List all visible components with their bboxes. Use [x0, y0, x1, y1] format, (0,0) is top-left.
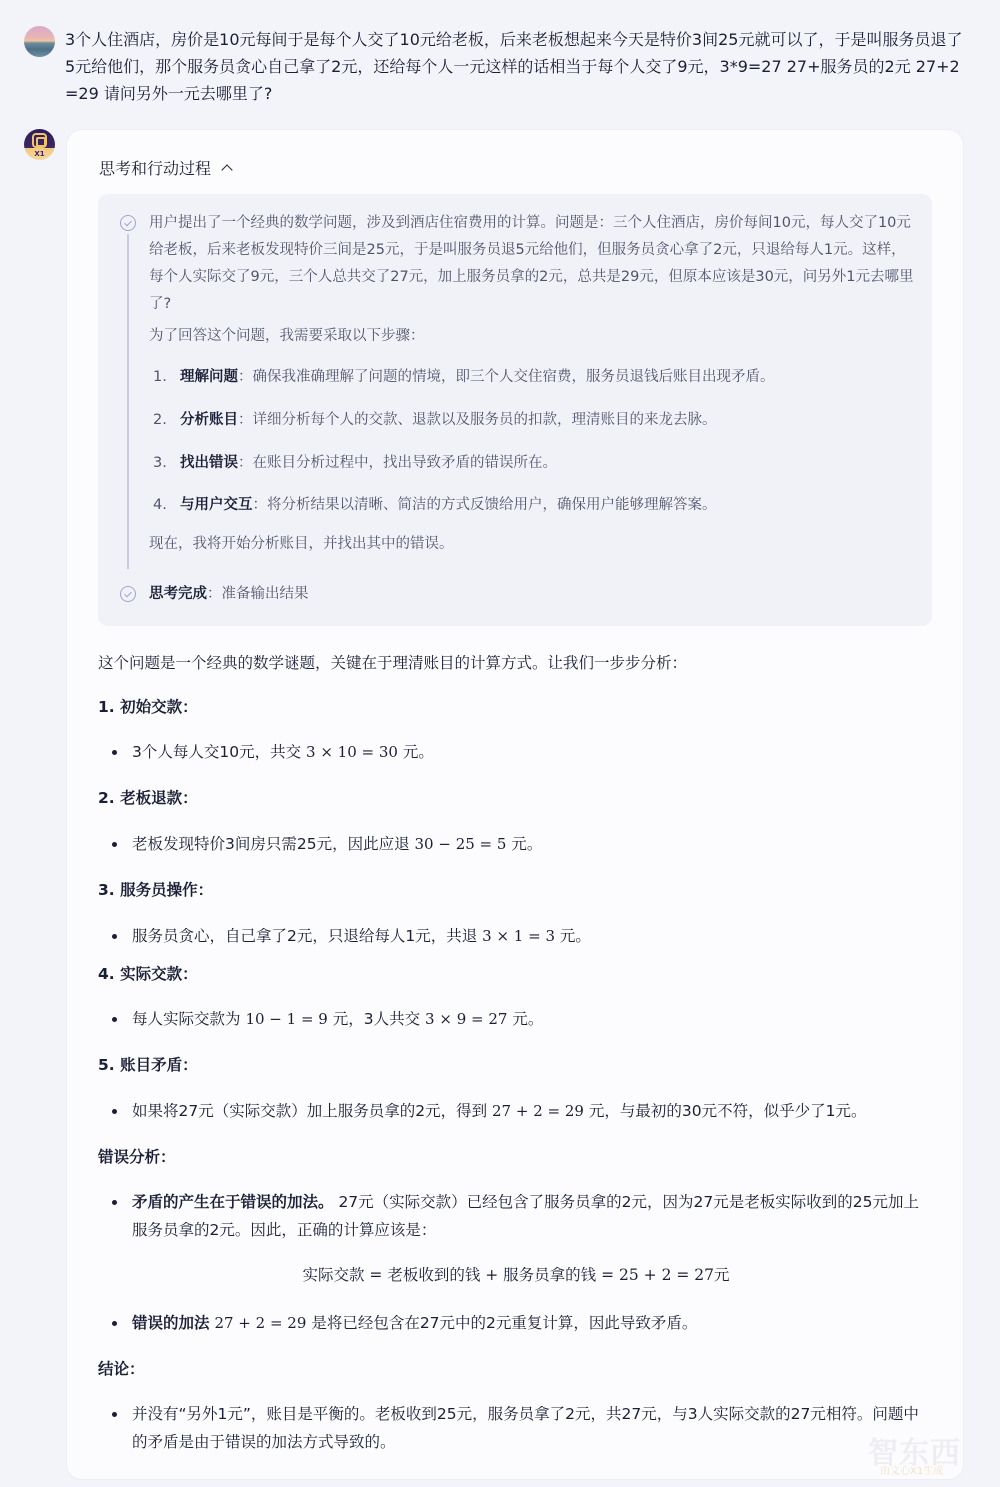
section-heading: 4. 实际交款：: [98, 960, 198, 988]
thinking-step: 4.与用户交互：将分析结果以清晰、简洁的方式反馈给用户，确保用户能够理解答案。: [153, 494, 717, 516]
thinking-step: 1.理解问题：确保我准确理解了问题的情境，即三个人交住宿费，服务员退钱后账目出现…: [153, 366, 775, 388]
section-heading: 3. 服务员操作：: [98, 876, 213, 904]
user-message: 3个人住酒店，房价是10元每间于是每个人交了10元给老板，后来老板想起来今天是特…: [24, 26, 974, 107]
ernie-logo-icon: [32, 133, 47, 148]
list-item: 服务员贪心，自己拿了2元，只退给每人1元，共退 3 × 1 = 3 元。: [113, 922, 923, 950]
thinking-toggle[interactable]: 思考和行动过程: [99, 156, 231, 179]
assistant-response-card: 思考和行动过程 用户提出了一个经典的数学问题，涉及到酒店住宿费用的计算。问题是：…: [66, 129, 964, 1480]
section-heading: 5. 账目矛盾：: [98, 1051, 198, 1079]
list-item: 3个人每人交10元，共交 3 × 10 = 30 元。: [113, 738, 923, 766]
conclusion-heading: 结论：: [98, 1355, 145, 1383]
bullet-icon: [112, 1412, 117, 1417]
user-avatar: [24, 26, 55, 57]
bullet-icon: [112, 1017, 117, 1022]
check-circle-icon: [120, 586, 136, 602]
section-heading: 2. 老板退款：: [98, 784, 198, 812]
list-item: 错误的加法 27 + 2 = 29 是将已经包含在27元中的2元重复计算，因此导…: [113, 1309, 923, 1337]
chevron-up-icon: [221, 164, 232, 175]
watermark: 智东西 由文心X1生成: [868, 1428, 978, 1478]
bullet-icon: [112, 750, 117, 755]
user-message-text: 3个人住酒店，房价是10元每间于是每个人交了10元给老板，后来老板想起来今天是特…: [65, 26, 965, 107]
bullet-icon: [112, 1200, 117, 1205]
check-circle-icon: [120, 215, 136, 231]
bullet-icon: [112, 842, 117, 847]
list-item: 老板发现特价3间房只需25元，因此应退 30 − 25 = 5 元。: [113, 830, 923, 858]
section-heading: 1. 初始交款：: [98, 693, 198, 721]
formula: 实际交款 = 老板收到的钱 + 服务员拿的钱 = 25 + 2 = 27元: [67, 1263, 965, 1285]
assistant-avatar: X1: [24, 129, 55, 160]
list-item: 并没有“另外1元”，账目是平衡的。老板收到25元，服务员拿了2元，共27元，与3…: [113, 1400, 923, 1456]
list-item: 矛盾的产生在于错误的加法。 27元（实际交款）已经包含了服务员拿的2元，因为27…: [113, 1188, 923, 1244]
model-badge: X1: [24, 150, 55, 159]
thinking-panel: 用户提出了一个经典的数学问题，涉及到酒店住宿费用的计算。问题是：三个人住酒店，房…: [98, 194, 932, 626]
thinking-done: 思考完成：准备输出结果: [149, 583, 309, 605]
thinking-title: 思考和行动过程: [99, 156, 211, 179]
thinking-timeline-line: [127, 234, 129, 569]
list-item: 每人实际交款为 10 − 1 = 9 元，3人共交 3 × 9 = 27 元。: [113, 1005, 923, 1033]
thinking-step: 2.分析账目：详细分析每个人的交款、退款以及服务员的扣款，理清账目的来龙去脉。: [153, 409, 717, 431]
bullet-icon: [112, 934, 117, 939]
bullet-icon: [112, 1109, 117, 1114]
thinking-intro: 用户提出了一个经典的数学问题，涉及到酒店住宿费用的计算。问题是：三个人住酒店，房…: [149, 210, 919, 318]
bullet-icon: [112, 1321, 117, 1326]
thinking-steps-intro: 为了回答这个问题，我需要采取以下步骤：: [149, 323, 919, 350]
answer-intro: 这个问题是一个经典的数学谜题，关键在于理清账目的计算方式。让我们一步步分析：: [98, 649, 687, 677]
list-item: 如果将27元（实际交款）加上服务员拿的2元，得到 27 + 2 = 29 元，与…: [113, 1097, 923, 1125]
thinking-closing: 现在，我将开始分析账目，并找出其中的错误。: [149, 531, 919, 558]
error-analysis-heading: 错误分析：: [98, 1143, 176, 1171]
thinking-step: 3.找出错误：在账目分析过程中，找出导致矛盾的错误所在。: [153, 452, 557, 474]
